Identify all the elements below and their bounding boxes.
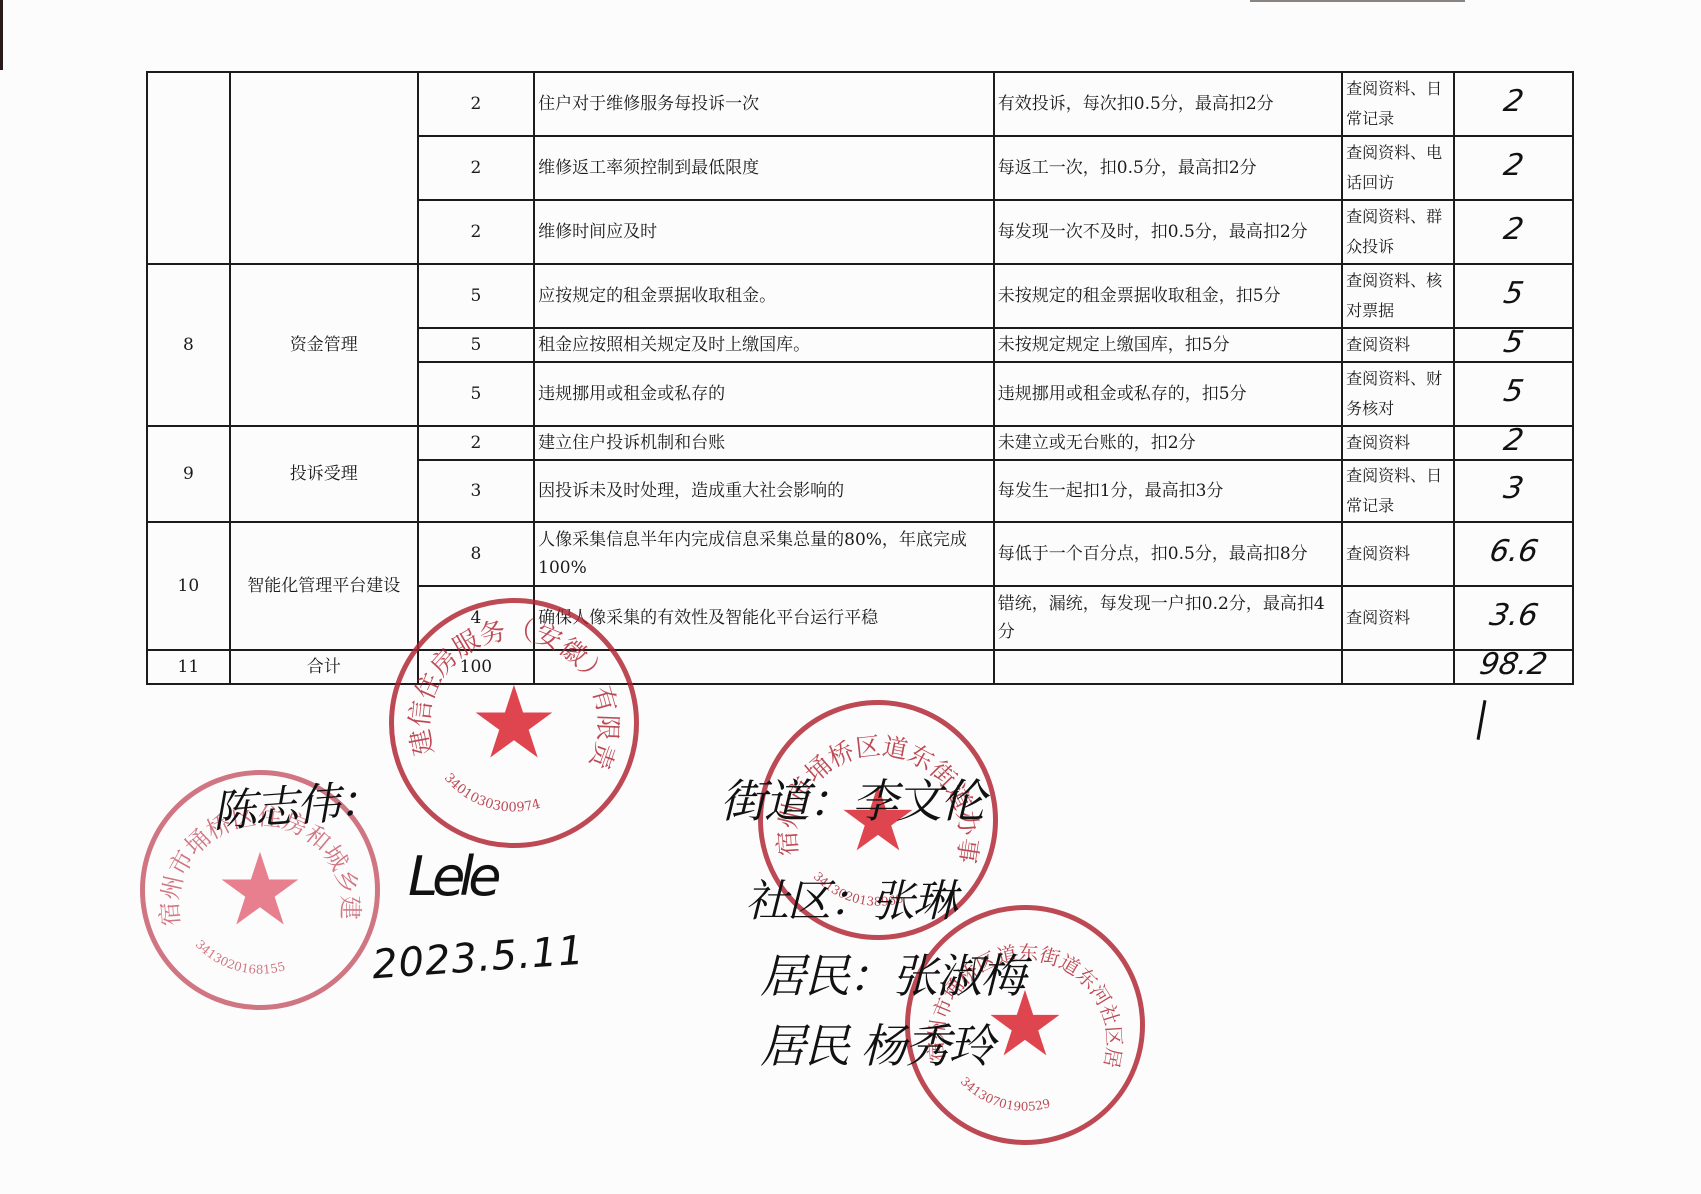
points: 2: [418, 200, 534, 264]
star-icon: ★: [215, 840, 305, 940]
points: 5: [418, 264, 534, 328]
requirement: 维修时间应及时: [534, 200, 994, 264]
points: 5: [418, 362, 534, 426]
check-method: 查阅资料、日常记录: [1342, 460, 1454, 522]
deduction-rule: 未建立或无台账的，扣2分: [994, 426, 1342, 460]
item-name: 智能化管理平台建设: [230, 522, 418, 650]
item-no: [147, 72, 230, 264]
check-method: 查阅资料: [1342, 426, 1454, 460]
points: 5: [418, 328, 534, 362]
table-row: 8 资金管理 5 应按规定的租金票据收取租金。 未按规定的租金票据收取租金，扣5…: [147, 264, 1573, 328]
score: 6.6: [1454, 522, 1573, 586]
signature-street-office: 街道：李文伦: [720, 765, 984, 831]
points: 2: [418, 136, 534, 200]
item-name: 合计: [230, 650, 418, 684]
score: 3.6: [1454, 586, 1573, 650]
score-total: 98.2: [1454, 650, 1573, 684]
requirement: 违规挪用或租金或私存的: [534, 362, 994, 426]
check-method: 查阅资料、群众投诉: [1342, 200, 1454, 264]
score: 2: [1454, 136, 1573, 200]
svg-text:3413070190529: 3413070190529: [958, 1074, 1052, 1113]
item-no: 10: [147, 522, 230, 650]
handwritten-score: 5: [1502, 280, 1526, 308]
check-method: [1342, 650, 1454, 684]
item-no: 9: [147, 426, 230, 522]
handwritten-score: 5: [1502, 329, 1526, 357]
handwritten-score: 2: [1502, 427, 1526, 455]
requirement: 住户对于维修服务每投诉一次: [534, 72, 994, 136]
signature-label-chen: 陈志伟：: [210, 764, 382, 840]
points: 2: [418, 426, 534, 460]
requirement: 建立住户投诉机制和台账: [534, 426, 994, 460]
requirement: 因投诉未及时处理，造成重大社会影响的: [534, 460, 994, 522]
deduction-rule: 未按规定的租金票据收取租金，扣5分: [994, 264, 1342, 328]
score: 2: [1454, 72, 1573, 136]
handwritten-score: 3: [1502, 475, 1526, 503]
table-row: 10 智能化管理平台建设 8 人像采集信息半年内完成信息采集总量的80%，年底完…: [147, 522, 1573, 586]
handwritten-score: 2: [1502, 88, 1526, 116]
page-edge-shadow: [0, 0, 3, 70]
score: 2: [1454, 200, 1573, 264]
handwritten-score: 5: [1502, 378, 1526, 406]
item-no: 11: [147, 650, 230, 684]
score: 5: [1454, 264, 1573, 328]
item-name: 投诉受理: [230, 426, 418, 522]
requirement: 应按规定的租金票据收取租金。: [534, 264, 994, 328]
handwritten-total: 98.2: [1478, 651, 1550, 679]
check-method: 查阅资料: [1342, 328, 1454, 362]
total-row: 11 合计 100 98.2: [147, 650, 1573, 684]
check-method: 查阅资料、日常记录: [1342, 72, 1454, 136]
score: 5: [1454, 328, 1573, 362]
check-method: 查阅资料、核对票据: [1342, 264, 1454, 328]
signature-community: 社区：张琳: [745, 865, 955, 929]
star-icon: ★: [469, 673, 559, 773]
requirement: 人像采集信息半年内完成信息采集总量的80%，年底完成100%: [534, 522, 994, 586]
handwritten-score: 2: [1502, 216, 1526, 244]
handwritten-score: 3.6: [1487, 602, 1540, 630]
deduction-rule: 每发生一起扣1分，最高扣3分: [994, 460, 1342, 522]
deduction-rule: 每返工一次，扣0.5分，最高扣2分: [994, 136, 1342, 200]
signature-resident-1: 居民：张淑梅: [760, 940, 1024, 1006]
pen-stroke: [1477, 700, 1487, 740]
page-edge-mark: [1250, 0, 1465, 2]
check-method: 查阅资料、财务核对: [1342, 362, 1454, 426]
signature-date: 2023.5.11: [371, 928, 586, 989]
deduction-rule: 未按规定规定上缴国库，扣5分: [994, 328, 1342, 362]
deduction-rule: 有效投诉，每次扣0.5分，最高扣2分: [994, 72, 1342, 136]
check-method: 查阅资料、电话回访: [1342, 136, 1454, 200]
item-no: 8: [147, 264, 230, 426]
points: 3: [418, 460, 534, 522]
deduction-rule: [994, 650, 1342, 684]
score: 5: [1454, 362, 1573, 426]
scoring-table: 2 住户对于维修服务每投诉一次 有效投诉，每次扣0.5分，最高扣2分 查阅资料、…: [146, 71, 1574, 685]
deduction-rule: 每发现一次不及时，扣0.5分，最高扣2分: [994, 200, 1342, 264]
check-method: 查阅资料: [1342, 586, 1454, 650]
signature-chen: Lele: [408, 845, 496, 908]
check-method: 查阅资料: [1342, 522, 1454, 586]
table-row: 2 住户对于维修服务每投诉一次 有效投诉，每次扣0.5分，最高扣2分 查阅资料、…: [147, 72, 1573, 136]
item-name: 资金管理: [230, 264, 418, 426]
table-row: 9 投诉受理 2 建立住户投诉机制和台账 未建立或无台账的，扣2分 查阅资料 2: [147, 426, 1573, 460]
deduction-rule: 错统，漏统，每发现一户扣0.2分，最高扣4分: [994, 586, 1342, 650]
signature-resident-2: 居民 杨秀玲: [760, 1010, 993, 1076]
handwritten-score: 2: [1502, 152, 1526, 180]
score: 2: [1454, 426, 1573, 460]
scanned-page: 2 住户对于维修服务每投诉一次 有效投诉，每次扣0.5分，最高扣2分 查阅资料、…: [0, 0, 1701, 1194]
company-seal: 建信住房服务（安徽）有限责任公司 3401030300974 ★: [389, 598, 639, 848]
score: 3: [1454, 460, 1573, 522]
requirement: 租金应按照相关规定及时上缴国库。: [534, 328, 994, 362]
deduction-rule: 违规挪用或租金或私存的，扣5分: [994, 362, 1342, 426]
points: 2: [418, 72, 534, 136]
requirement: 维修返工率须控制到最低限度: [534, 136, 994, 200]
deduction-rule: 每低于一个百分点，扣0.5分，最高扣8分: [994, 522, 1342, 586]
item-name: [230, 72, 418, 264]
points: 8: [418, 522, 534, 586]
handwritten-score: 6.6: [1487, 538, 1540, 566]
